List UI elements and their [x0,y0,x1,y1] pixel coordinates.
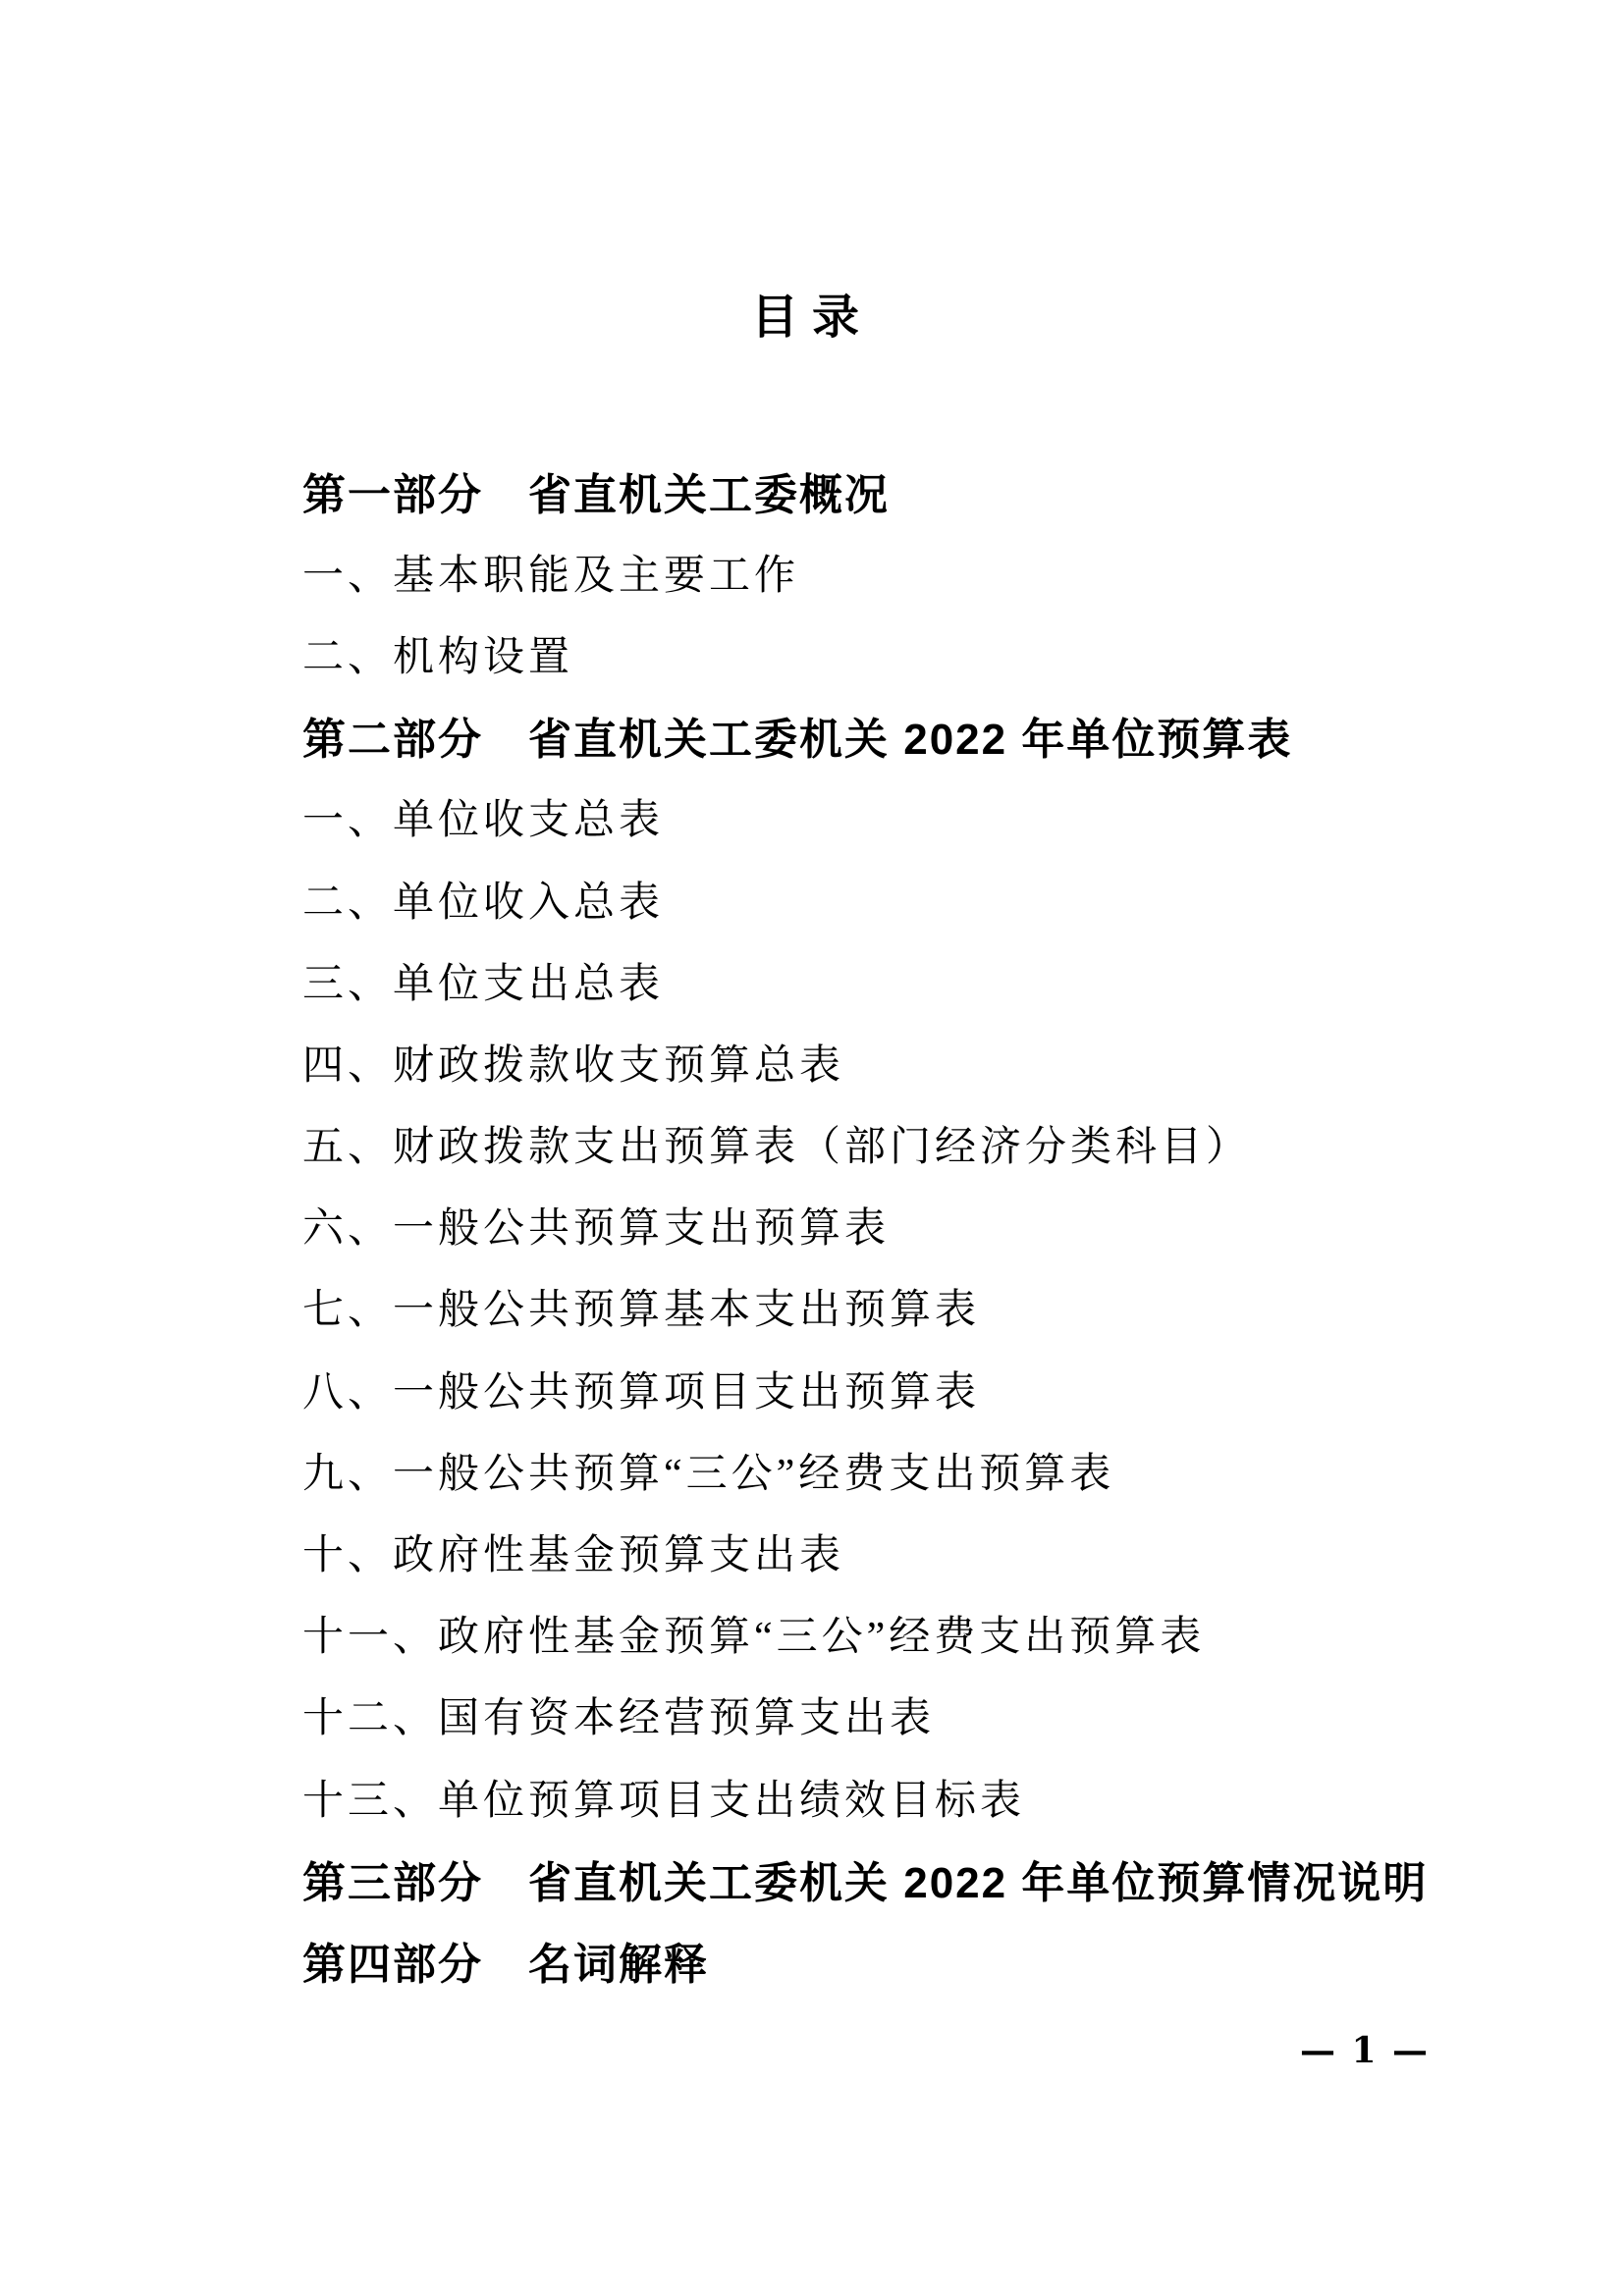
toc-entry-10: 六、一般公共预算支出预算表 [302,1185,1506,1266]
toc-entry-4: 第二部分 省直机关工委机关 2022 年单位预算表 [302,695,1506,776]
toc-entry-15: 十一、政府性基金预算“三公”经费支出预算表 [302,1593,1506,1675]
table-of-contents: 第一部分 省直机关工委概况一、基本职能及主要工作二、机构设置第二部分 省直机关工… [302,450,1506,2002]
toc-entry-19: 第四部分 名词解释 [302,1919,1506,2001]
toc-entry-3: 二、机构设置 [302,613,1506,694]
toc-entry-5: 一、单位收支总表 [302,776,1506,858]
document-page: 目录 第一部分 省直机关工委概况一、基本职能及主要工作二、机构设置第二部分 省直… [0,0,1624,2296]
toc-entry-1: 第一部分 省直机关工委概况 [302,450,1506,531]
toc-entry-18: 第三部分 省直机关工委机关 2022 年单位预算情况说明 [302,1838,1506,1919]
page-number: — 1 — [1300,2030,1430,2071]
page-title: 目录 [0,288,1624,347]
toc-entry-16: 十二、国有资本经营预算支出表 [302,1675,1506,1756]
toc-entry-6: 二、单位收入总表 [302,858,1506,939]
page-footer: — 1 — [1298,2030,1432,2071]
toc-entry-9: 五、财政拨款支出预算表（部门经济分类科目） [302,1103,1506,1185]
toc-entry-8: 四、财政拨款收支预算总表 [302,1021,1506,1102]
toc-entry-11: 七、一般公共预算基本支出预算表 [302,1266,1506,1348]
toc-entry-13: 九、一般公共预算“三公”经费支出预算表 [302,1429,1506,1511]
toc-entry-17: 十三、单位预算项目支出绩效目标表 [302,1756,1506,1838]
toc-entry-14: 十、政府性基金预算支出表 [302,1511,1506,1592]
toc-entry-7: 三、单位支出总表 [302,939,1506,1021]
toc-entry-12: 八、一般公共预算项目支出预算表 [302,1348,1506,1429]
toc-entry-2: 一、基本职能及主要工作 [302,531,1506,613]
